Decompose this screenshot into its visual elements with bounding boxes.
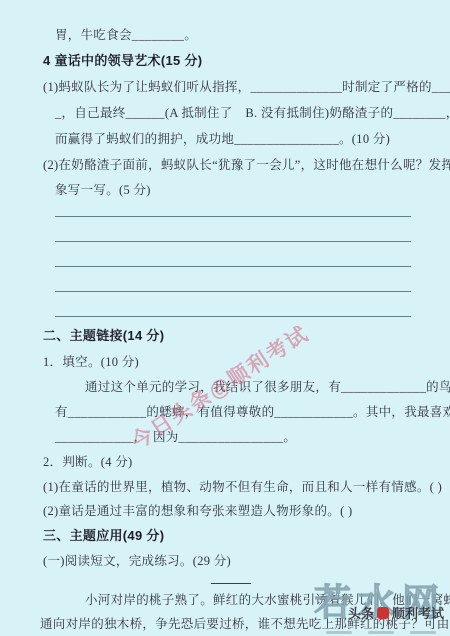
footer-watermark-left: 头条: [348, 603, 374, 622]
q4-part1-line2: _，自己最终______(A 抵制住了 B. 没有抵制住)奶酪渣子的______…: [43, 100, 420, 126]
intro-fill-line: 胃，牛吃食会________。: [43, 22, 420, 48]
fill-paragraph-line1: 通过这个单元的学习，我结识了很多朋友，有_____________的鸟儿，: [43, 375, 420, 400]
footer-smudge: [326, 631, 352, 634]
section3-heading: 三、主题应用(49 分): [43, 523, 420, 549]
answer-line: [55, 267, 411, 292]
section2-q2-label: 2．判断。(4 分): [43, 450, 420, 475]
fill-paragraph-line3: ____________， 因为________________。: [43, 425, 420, 450]
footer-watermark-right: 顺利考试: [392, 603, 444, 622]
toutiao-icon: [377, 607, 389, 619]
footer-smudges: [326, 631, 436, 634]
q4-part1-line3: 而赢得了蚂蚁们的拥护，成功地________________。(10 分): [43, 126, 420, 152]
footer-smudge: [368, 631, 394, 634]
judgement-item-1: (1)在童话的世界里，植物、动物不但有生命，而且和人一样有情感。( ): [43, 475, 420, 499]
answer-line: [55, 242, 411, 267]
q4-part2-line2: 象写一写。(5 分): [43, 178, 420, 202]
passage-title-blank: [43, 574, 420, 588]
answer-line: [55, 204, 411, 217]
question4-heading: 4 童话中的领导艺术(15 分): [43, 48, 420, 74]
section2-heading: 二、主题链接(14 分): [43, 323, 420, 349]
section3-reading-label: (一)阅读短文，完成练习。(29 分): [43, 549, 420, 574]
footer-watermark: 头条 顺利考试: [348, 603, 444, 622]
fill-paragraph-line2: 有____________的蟋蟀，有值得尊敬的____________。其中，我…: [43, 400, 420, 425]
q4-part1-line1: (1)蚂蚁队长为了让蚂蚁们听从指挥，______________时制定了严格的_…: [43, 74, 420, 100]
judgement-item-2: (2)童话是通过丰富的想象和夸张来塑造人物形象的。( ): [43, 499, 420, 523]
q4-part2-line1: (2)在奶酪渣子面前，蚂蚁队长“犹豫了一会儿”，这时他在想什么呢？发挥想: [43, 152, 420, 178]
worksheet-page: 胃，牛吃食会________。 4 童话中的领导艺术(15 分) (1)蚂蚁队长…: [0, 0, 450, 636]
passage-title-line: [211, 583, 251, 584]
answer-line: [55, 292, 411, 317]
footer-smudge: [410, 631, 436, 634]
answer-lines-block: [43, 204, 420, 317]
answer-line: [55, 217, 411, 242]
section2-q1-label: 1．填空。(10 分): [43, 349, 420, 375]
